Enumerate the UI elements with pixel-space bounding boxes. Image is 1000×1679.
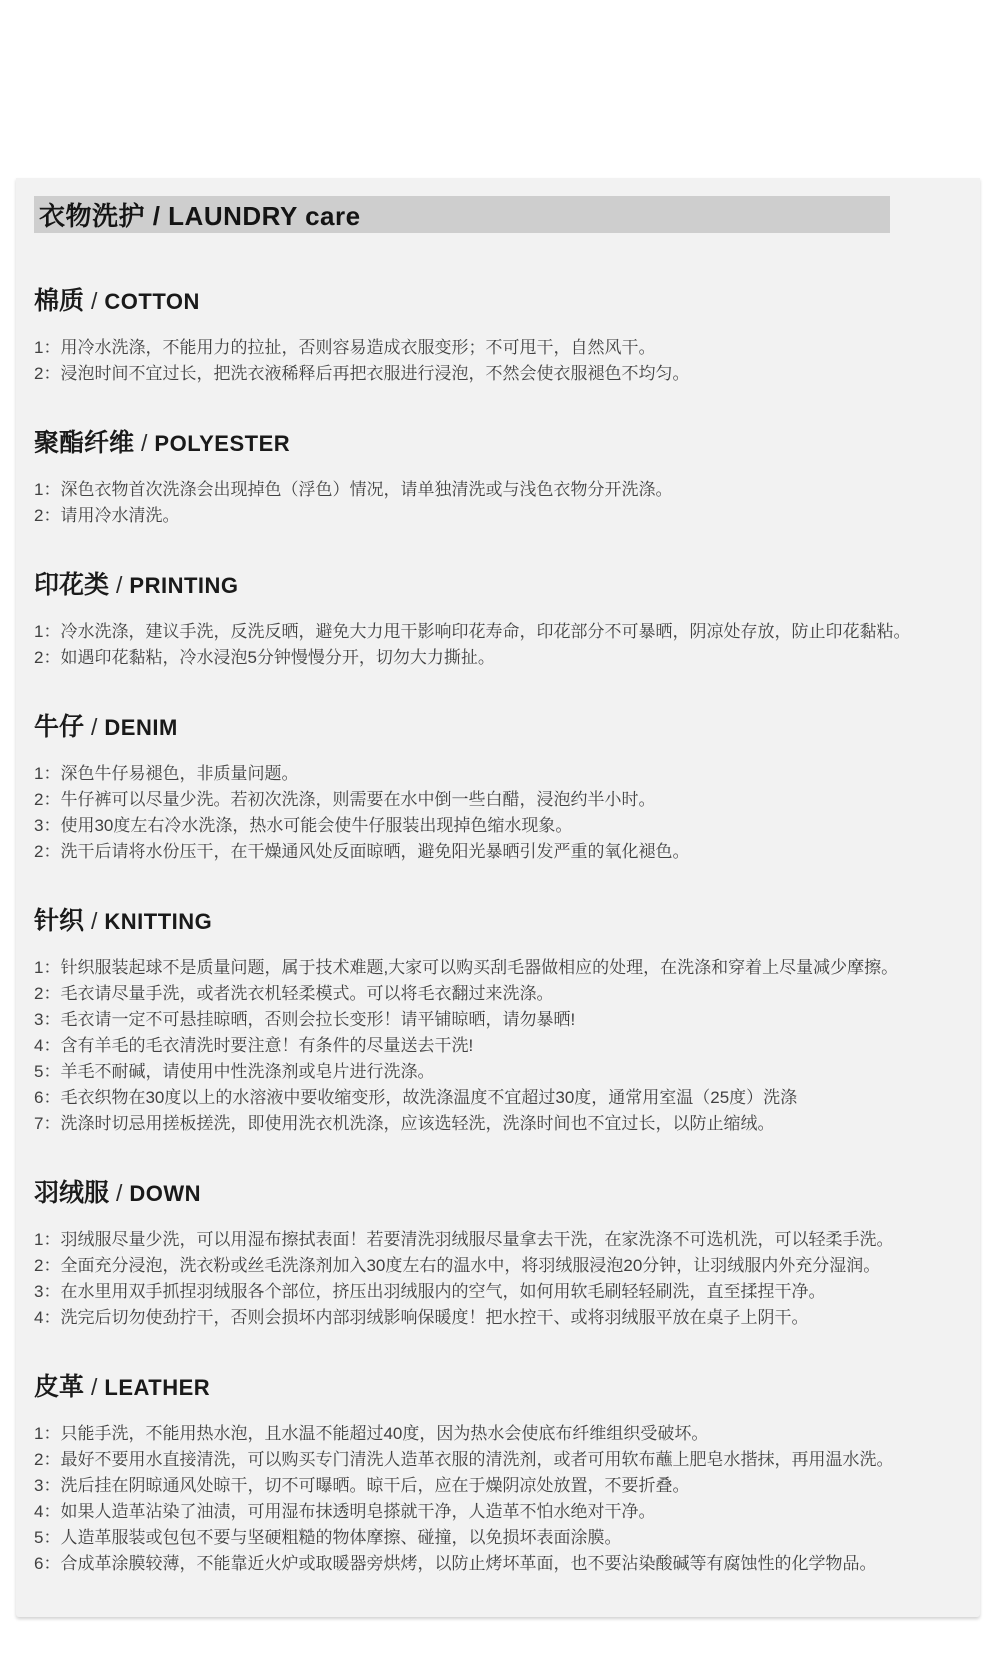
page-title: 衣物洗护 / LAUNDRY care [39,196,361,233]
care-item: 4：如果人造革沾染了油渍，可用湿布抹透明皂搽就干净，人造革不怕水绝对干净。 [34,1499,960,1525]
care-item: 2：请用冷水清洗。 [34,503,960,529]
care-item: 5：羊毛不耐碱，请使用中性洗涤剂或皂片进行洗涤。 [34,1059,960,1085]
heading-separator: / [84,908,104,934]
care-item: 2：如遇印花黏粘，冷水浸泡5分钟慢慢分开，切勿大力撕扯。 [34,645,960,671]
section-heading: 牛仔/DENIM [34,707,960,743]
heading-separator: / [134,430,154,456]
care-item: 1：深色牛仔易褪色，非质量问题。 [34,761,960,787]
care-items-list: 1：针织服装起球不是质量问题，属于技术难题,大家可以购买刮毛器做相应的处理，在洗… [34,955,960,1137]
laundry-care-page: 衣物洗护 / LAUNDRY care 棉质/COTTON 1：用冷水洗涤，不能… [0,0,1000,1679]
care-item: 1：深色衣物首次洗涤会出现掉色（浮色）情况，请单独清洗或与浅色衣物分开洗涤。 [34,477,960,503]
section-heading: 印花类/PRINTING [34,565,960,601]
section-heading-en: DOWN [129,1181,201,1206]
laundry-care-panel: 衣物洗护 / LAUNDRY care 棉质/COTTON 1：用冷水洗涤，不能… [16,178,980,1617]
care-section: 针织/KNITTING 1：针织服装起球不是质量问题，属于技术难题,大家可以购买… [34,901,960,1137]
section-heading-en: KNITTING [104,909,212,934]
section-heading-zh: 聚酯纤维 [34,429,134,457]
care-item: 1：用冷水洗涤，不能用力的拉扯，否则容易造成衣服变形；不可甩干，自然风干。 [34,335,960,361]
care-item: 3：毛衣请一定不可悬挂晾晒，否则会拉长变形！请平铺晾晒，请勿暴晒! [34,1007,960,1033]
care-item: 4：洗完后切勿使劲拧干，否则会损坏内部羽绒影响保暖度！把水控干、或将羽绒服平放在… [34,1305,960,1331]
care-section: 棉质/COTTON 1：用冷水洗涤，不能用力的拉扯，否则容易造成衣服变形；不可甩… [34,281,960,387]
section-heading-en: COTTON [104,289,199,314]
care-items-list: 1：冷水洗涤，建议手洗，反洗反晒，避免大力甩干影响印花寿命，印花部分不可暴晒，阴… [34,619,960,671]
care-items-list: 1：用冷水洗涤，不能用力的拉扯，否则容易造成衣服变形；不可甩干，自然风干。2：浸… [34,335,960,387]
heading-separator: / [84,288,104,314]
care-item: 2：毛衣请尽量手洗，或者洗衣机轻柔模式。可以将毛衣翻过来洗涤。 [34,981,960,1007]
care-item: 6：毛衣织物在30度以上的水溶液中要收缩变形，故洗涤温度不宜超过30度，通常用室… [34,1085,960,1111]
care-item: 2：全面充分浸泡，洗衣粉或丝毛洗涤剂加入30度左右的温水中，将羽绒服浸泡20分钟… [34,1253,960,1279]
care-section: 牛仔/DENIM 1：深色牛仔易褪色，非质量问题。2：牛仔裤可以尽量少洗。若初次… [34,707,960,865]
section-heading-zh: 印花类 [34,571,109,599]
care-item: 3：洗后挂在阴晾通风处晾干，切不可曝晒。晾干后，应在于燥阴凉处放置，不要折叠。 [34,1473,960,1499]
care-item: 2：最好不要用水直接清洗，可以购买专门清洗人造革衣服的清洗剂，或者可用软布蘸上肥… [34,1447,960,1473]
care-item: 5：人造革服装或包包不要与坚硬粗糙的物体摩擦、碰撞，以免损坏表面涂膜。 [34,1525,960,1551]
section-heading-zh: 棉质 [34,287,84,315]
heading-separator: / [109,572,129,598]
section-heading: 针织/KNITTING [34,901,960,937]
care-section: 聚酯纤维/POLYESTER 1：深色衣物首次洗涤会出现掉色（浮色）情况，请单独… [34,423,960,529]
care-section: 印花类/PRINTING 1：冷水洗涤，建议手洗，反洗反晒，避免大力甩干影响印花… [34,565,960,671]
care-section: 羽绒服/DOWN 1：羽绒服尽量少洗，可以用湿布擦拭表面！若要清洗羽绒服尽量拿去… [34,1173,960,1331]
care-item: 2：洗干后请将水份压干，在干燥通风处反面晾晒，避免阳光暴晒引发严重的氧化褪色。 [34,839,960,865]
care-items-list: 1：只能手洗，不能用热水泡，且水温不能超过40度，因为热水会使底布纤维组织受破坏… [34,1421,960,1577]
care-items-list: 1：羽绒服尽量少洗，可以用湿布擦拭表面！若要清洗羽绒服尽量拿去干洗，在家洗涤不可… [34,1227,960,1331]
care-item: 7：洗涤时切忌用搓板搓洗，即使用洗衣机洗涤，应该选轻洗，洗涤时间也不宜过长，以防… [34,1111,960,1137]
heading-separator: / [84,714,104,740]
section-heading-en: DENIM [104,715,177,740]
page-title-bar: 衣物洗护 / LAUNDRY care [34,196,890,233]
care-section: 皮革/LEATHER 1：只能手洗，不能用热水泡，且水温不能超过40度，因为热水… [34,1367,960,1577]
care-items-list: 1：深色衣物首次洗涤会出现掉色（浮色）情况，请单独清洗或与浅色衣物分开洗涤。2：… [34,477,960,529]
section-heading-en: LEATHER [104,1375,210,1400]
care-item: 6：合成革涂膜较薄，不能靠近火炉或取暖器旁烘烤，以防止烤坏革面，也不要沾染酸碱等… [34,1551,960,1577]
care-item: 1：针织服装起球不是质量问题，属于技术难题,大家可以购买刮毛器做相应的处理，在洗… [34,955,960,981]
section-heading: 羽绒服/DOWN [34,1173,960,1209]
section-heading-zh: 针织 [34,907,84,935]
section-heading-en: PRINTING [129,573,238,598]
section-heading-zh: 皮革 [34,1373,84,1401]
care-item: 1：冷水洗涤，建议手洗，反洗反晒，避免大力甩干影响印花寿命，印花部分不可暴晒，阴… [34,619,960,645]
section-heading: 皮革/LEATHER [34,1367,960,1403]
care-item: 2：浸泡时间不宜过长，把洗衣液稀释后再把衣服进行浸泡，不然会使衣服褪色不均匀。 [34,361,960,387]
heading-separator: / [109,1180,129,1206]
section-heading: 棉质/COTTON [34,281,960,317]
care-item: 1：羽绒服尽量少洗，可以用湿布擦拭表面！若要清洗羽绒服尽量拿去干洗，在家洗涤不可… [34,1227,960,1253]
care-item: 1：只能手洗，不能用热水泡，且水温不能超过40度，因为热水会使底布纤维组织受破坏… [34,1421,960,1447]
section-heading: 聚酯纤维/POLYESTER [34,423,960,459]
care-item: 2：牛仔裤可以尽量少洗。若初次洗涤，则需要在水中倒一些白醋，浸泡约半小时。 [34,787,960,813]
heading-separator: / [84,1374,104,1400]
section-heading-zh: 牛仔 [34,713,84,741]
section-heading-en: POLYESTER [154,431,290,456]
section-heading-zh: 羽绒服 [34,1179,109,1207]
sections-container: 棉质/COTTON 1：用冷水洗涤，不能用力的拉扯，否则容易造成衣服变形；不可甩… [34,281,960,1577]
care-item: 3：在水里用双手抓捏羽绒服各个部位，挤压出羽绒服内的空气，如何用软毛刷轻轻刷洗，… [34,1279,960,1305]
care-item: 4：含有羊毛的毛衣清洗时要注意！有条件的尽量送去干洗! [34,1033,960,1059]
care-items-list: 1：深色牛仔易褪色，非质量问题。2：牛仔裤可以尽量少洗。若初次洗涤，则需要在水中… [34,761,960,865]
care-item: 3：使用30度左右冷水洗涤，热水可能会使牛仔服装出现掉色缩水现象。 [34,813,960,839]
